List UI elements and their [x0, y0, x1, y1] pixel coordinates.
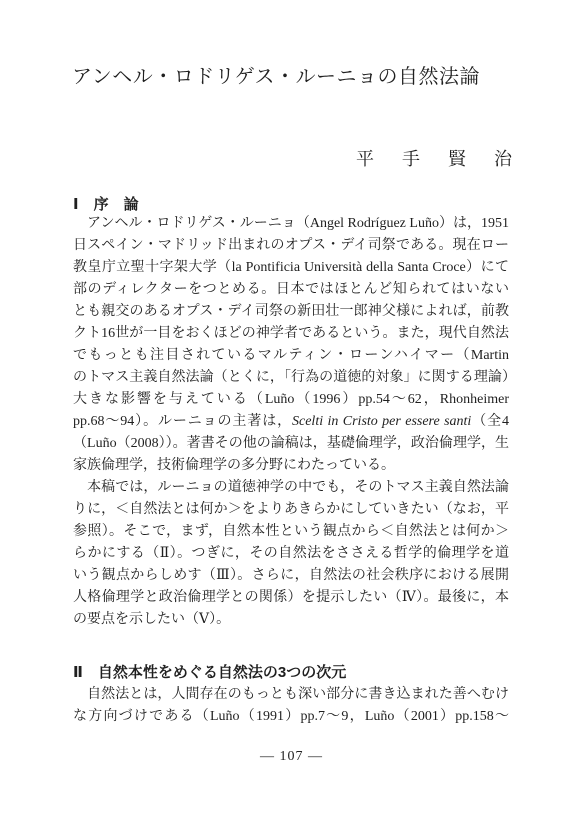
document-page: アンヘル・ロドリゲス・ルーニョの自然法論 平 手 賢 治 Ⅰ 序 論 アンヘル・…	[0, 0, 583, 827]
text-line: 自然法とは，人間存在のもっとも深い部分に書き込まれた善へむけた根本的	[73, 684, 509, 706]
text-line: アンヘル・ロドリゲス・ルーニョ（Angel Rodríguez Luño）は，1…	[73, 213, 509, 235]
text-line: 人格倫理学と政治倫理学との関係）を提示したい（Ⅳ）。最後に，本稿の主張	[73, 587, 509, 609]
text-line: （Luño（2008））。著書その他の論稿は，基礎倫理学，政治倫理学，生命倫理学…	[73, 433, 509, 455]
text-line: のトマス主義自然法論（とくに，「行為の道徳的対象」に関する理論）にも	[73, 367, 509, 389]
text-run: pp.68～94）。ルーニョの主著は，	[73, 414, 292, 429]
section-1-heading: Ⅰ 序 論	[73, 193, 139, 214]
text-line: な方向づけである（Luño（1991）pp.7～9，Luño（2001）pp.1…	[73, 706, 509, 728]
text-line: いう観点からしめす（Ⅲ）。さらに，自然法の社会秩序における展開（とくに，	[73, 565, 509, 587]
page-number: ― 107 ―	[0, 749, 583, 765]
text-line: 日スペイン・マドリッド出まれのオプス・デイ司祭である。現在ローマにある	[73, 235, 509, 257]
section-2-body: 自然法とは，人間存在のもっとも深い部分に書き込まれた善へむけた根本的 な方向づけ…	[73, 684, 509, 728]
text-line: 本稿では，ルーニョの道徳神学の中でも，そのトマス主義自然法論を手掛か	[73, 477, 509, 499]
text-line: の要点を示したい（Ⅴ）。	[73, 609, 509, 631]
author-name: 平 手 賢 治	[356, 145, 517, 171]
text-line: りに，＜自然法とは何か＞をよりあきらかにしていきたい（なお，平手（2016），	[73, 499, 509, 521]
text-line: 教皇庁立聖十字架大学（la Pontificia Università dell…	[73, 257, 509, 279]
text-line: でもっとも注目されているマルティン・ローンハイマー（Martin Rhonhei…	[73, 345, 509, 367]
text-line: 家族倫理学，技術倫理学の多分野にわたっている。	[73, 455, 509, 477]
text-line: らかにする（Ⅱ）。つぎに，その自然法をささえる哲学的倫理学を道徳経験と	[73, 543, 509, 565]
article-title: アンヘル・ロドリゲス・ルーニョの自然法論	[72, 60, 480, 89]
section-1-body: アンヘル・ロドリゲス・ルーニョ（Angel Rodríguez Luño）は，1…	[73, 213, 509, 631]
book-title-italic: Scelti in Cristo per essere santi	[292, 414, 471, 429]
text-line: 部のディレクターをつとめる。日本ではほとんど知られてはいないが，ルーニョ	[73, 279, 509, 301]
text-line: pp.68～94）。ルーニョの主著は，Scelti in Cristo per …	[73, 411, 509, 433]
text-line: とも親交のあるオプス・デイ司祭の新田壮一郎神父様によれば，前教皇ベネディ	[73, 301, 509, 323]
section-2-heading: Ⅱ 自然本性をめぐる自然法の3つの次元	[73, 661, 346, 682]
text-line: 参照）。そこで，まず，自然本性という観点から＜自然法とは何か＞をあき	[73, 521, 509, 543]
text-line: 大きな影響を与えている（Luño（1996）pp.54～62，Rhonheime…	[73, 389, 509, 411]
text-line: クト16世が一目をおくほどの神学者であるという。また，現代自然法論の中	[73, 323, 509, 345]
